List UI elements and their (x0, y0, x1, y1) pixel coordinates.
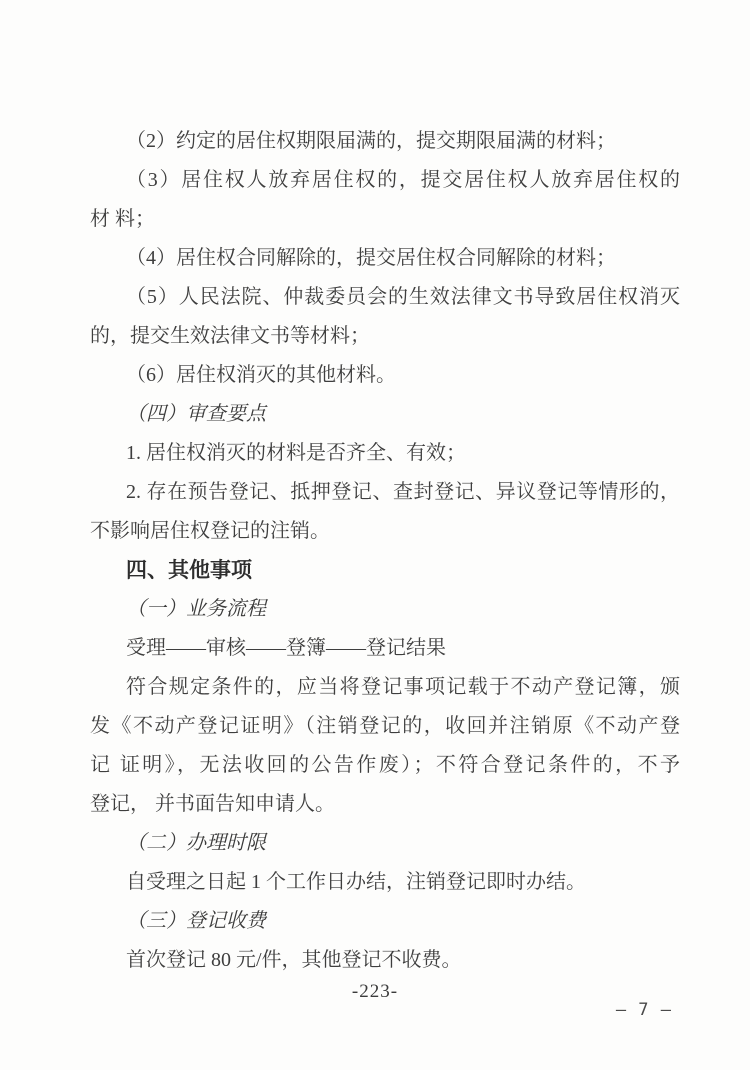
text-line: 的，提交生效法律文书等材料； (90, 317, 680, 356)
text-line: 材 料； (90, 200, 680, 239)
text-line: 符合规定条件的，应当将登记事项记载于不动产登记簿，颁 (90, 668, 680, 707)
text-line: （6）居住权消灭的其他材料。 (90, 356, 680, 395)
text-line: 首次登记 80 元/件，其他登记不收费。 (90, 941, 680, 980)
text-line: 受理——审核——登簿——登记结果 (90, 629, 680, 668)
text-line: 发《不动产登记证明》（注销登记的，收回并注销原《不动产登 (90, 707, 680, 746)
text-line: 不影响居住权登记的注销。 (90, 512, 680, 551)
scanned-document-page: （2）约定的居住权期限届满的，提交期限届满的材料；（3）居住权人放弃居住权的，提… (0, 0, 750, 1070)
text-line: 四、其他事项 (90, 551, 680, 590)
text-line: （四）审查要点 (90, 395, 680, 434)
text-line: 1. 居住权消灭的材料是否齐全、有效； (90, 434, 680, 473)
text-line: 自受理之日起 1 个工作日办结，注销登记即时办结。 (90, 863, 680, 902)
text-line: （二）办理时限 (90, 824, 680, 863)
text-line: （5）人民法院、仲裁委员会的生效法律文书导致居住权消灭 (90, 278, 680, 317)
text-line: （3）居住权人放弃居住权的，提交居住权人放弃居住权的 (90, 161, 680, 200)
text-line: （4）居住权合同解除的，提交居住权合同解除的材料； (90, 239, 680, 278)
document-body: （2）约定的居住权期限届满的，提交期限届满的材料；（3）居住权人放弃居住权的，提… (90, 122, 680, 980)
text-line: （一）业务流程 (90, 590, 680, 629)
text-line: 记 证明》，无法收回的公告作废）；不符合登记条件的，不予 (90, 746, 680, 785)
text-line: （三）登记收费 (90, 902, 680, 941)
text-line: 2. 存在预告登记、抵押登记、查封登记、异议登记等情形的， (90, 473, 680, 512)
text-line: 登记， 并书面告知申请人。 (90, 785, 680, 824)
text-line: （2）约定的居住权期限届满的，提交期限届满的材料； (90, 122, 680, 161)
page-number-right: — 7 — (616, 1000, 672, 1020)
